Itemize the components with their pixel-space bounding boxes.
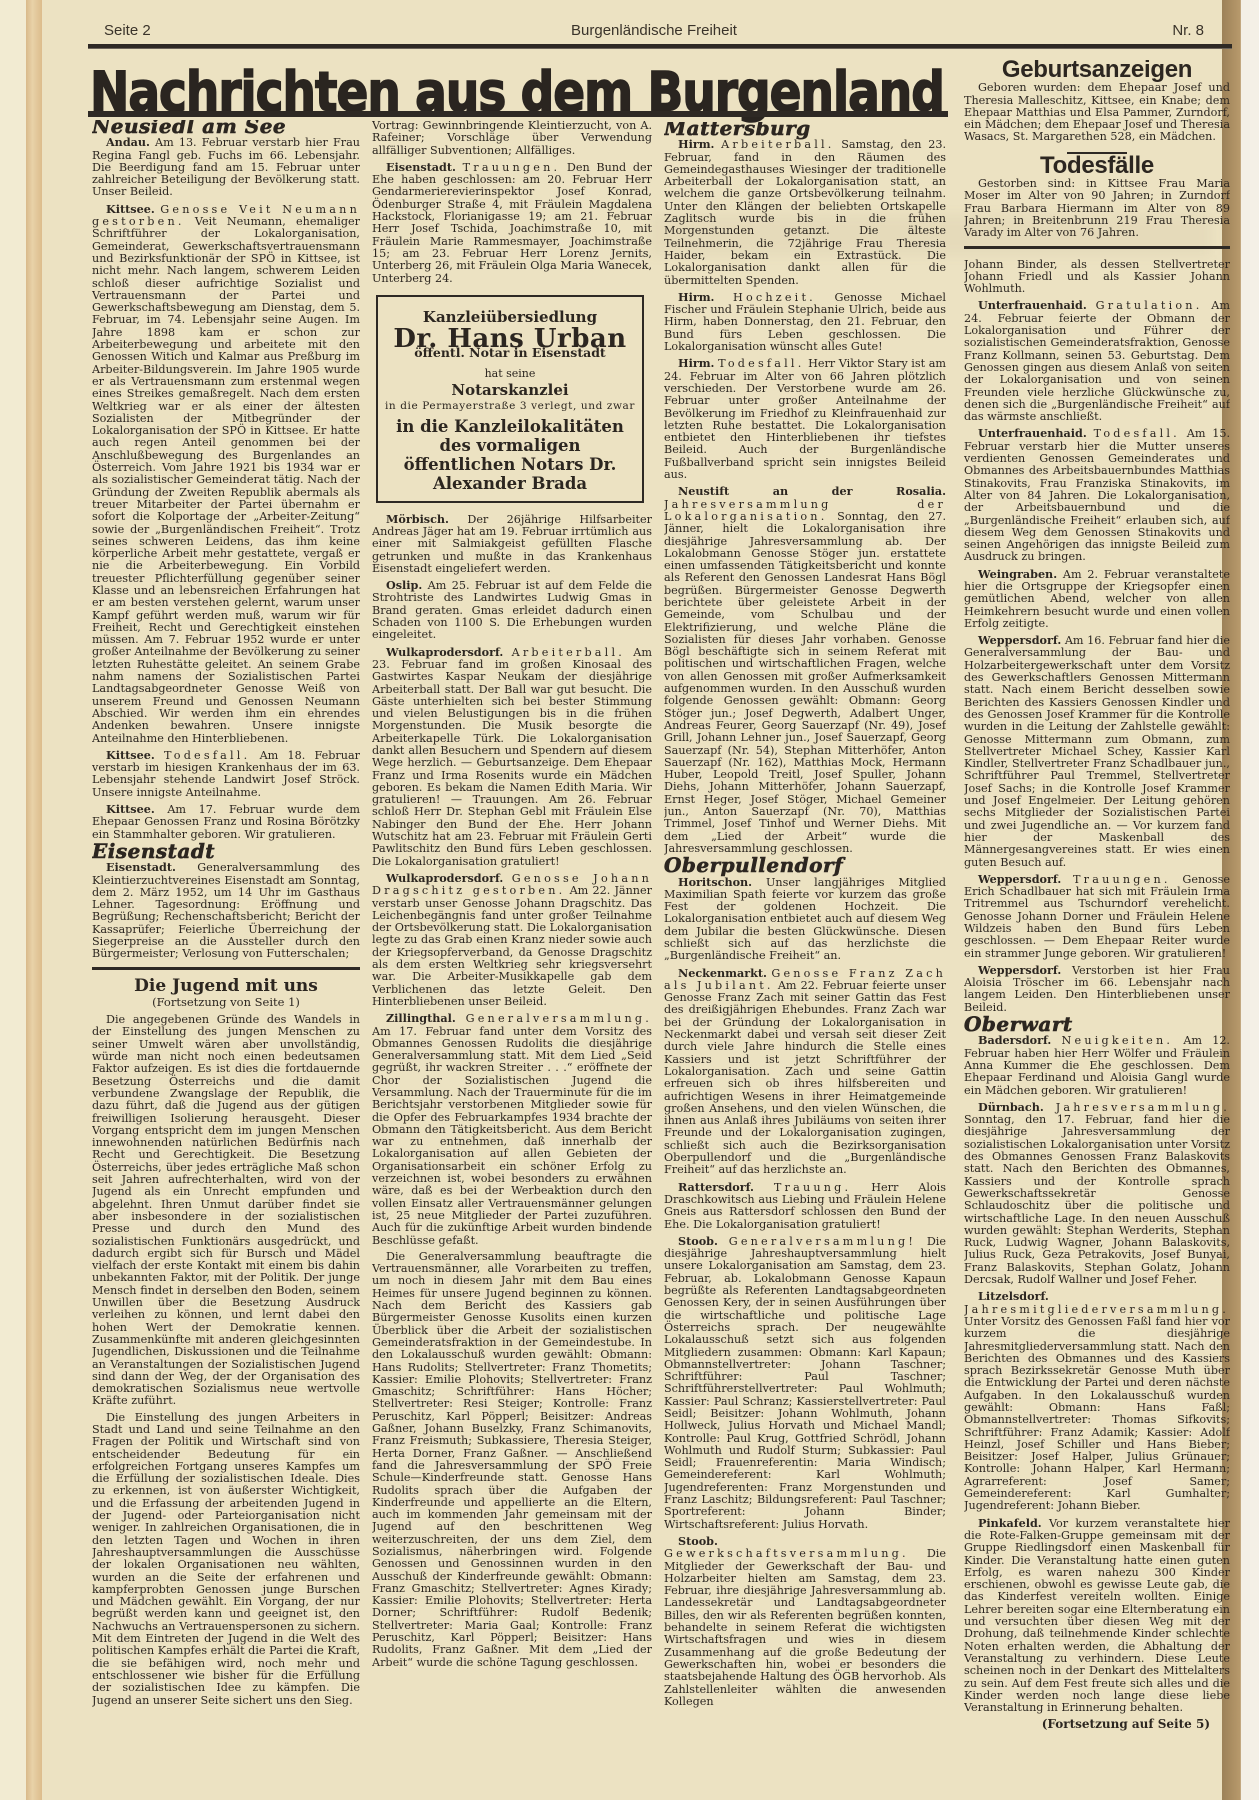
section-divider xyxy=(964,246,1230,249)
article-stoob-general: Stoob. Generalversammlung! Die diesjähri… xyxy=(664,1235,946,1531)
article-oslip: Oslip. Am 25. Februar ist auf dem Felde … xyxy=(372,579,652,641)
article-wulkaprodersdorf-ball: Wulkaprodersdorf. Arbeiterball. Am 23. F… xyxy=(372,646,652,868)
ad-address: in die Permayerstraße 3 verlegt, und zwa… xyxy=(384,400,636,412)
ad-text: hat seine xyxy=(384,368,636,380)
article-zillingtal-p2: Die Generalversammlung beauftragte die V… xyxy=(372,1251,652,1669)
article-rattersdorf: Rattersdorf. Trauung. Herr Alois Draschk… xyxy=(664,1181,946,1231)
scanner-background xyxy=(0,0,28,1800)
continued-note: (Fortsetzung auf Seite 5) xyxy=(964,1718,1230,1730)
article-zillingtal: Zillingthal. Generalversammlung. Am 17. … xyxy=(372,1012,652,1247)
article-weppersdorf-trauungen: Weppersdorf. Trauungen. Genosse Erich Sc… xyxy=(964,873,1230,960)
article-stoob-gewerkschaft: Stoob. Gewerkschaftsversammlung. Die Mit… xyxy=(664,1535,946,1708)
article-hirm-hochzeit: Hirm. Hochzeit. Genosse Michael Fischer … xyxy=(664,291,946,353)
column-4: Geburtsanzeigen Geboren wurden: dem Ehep… xyxy=(964,60,1230,1800)
article-neustift: Neustift an der Rosalia. Jahresversammlu… xyxy=(664,485,946,855)
page-header: Seite 2 Burgenländische Freiheit Nr. 8 xyxy=(104,22,1204,42)
article-weppersdorf-gewerkschaft: Weppersdorf. Am 16. Februar fand hier di… xyxy=(964,634,1230,869)
article-unterfrauenhaid-todesfall: Unterfrauenhaid. Todesfall. Am 15. Febru… xyxy=(964,427,1230,563)
article-stoob-cont: Johann Binder, als dessen Stellvertreter… xyxy=(964,259,1230,296)
deaths-heading: Todesfälle xyxy=(964,160,1230,172)
paper-fold-edge xyxy=(26,0,42,1800)
births-heading: Geburtsanzeigen xyxy=(964,64,1230,76)
article-wulkaprodersdorf-dragschitz: Wulkaprodersdorf. Genosse Johann Dragsch… xyxy=(372,872,652,1008)
region-heading-mattersburg: Mattersburg xyxy=(664,122,946,134)
header-rule xyxy=(88,44,1232,49)
newspaper-name: Burgenländische Freiheit xyxy=(104,22,1204,39)
notary-advertisement: Kanzleiübersiedlung Dr. Hans Urban öffen… xyxy=(376,295,644,503)
article-eisenstadt-trauungen: Eisenstadt. Trauungen. Den Bund der Ehe … xyxy=(372,161,652,285)
article-andau: Andau. Am 13. Februar verstarb hier Frau… xyxy=(92,136,360,198)
region-heading-oberpullendorf: Oberpullendorf xyxy=(664,859,946,871)
article-kittsee-geburt: Kittsee. Am 17. Februar wurde dem Ehepaa… xyxy=(92,803,360,841)
ad-title: öffentl. Notar in Eisenstadt xyxy=(384,347,636,359)
column-2: Vortrag: Gewinnbringende Kleintierzucht,… xyxy=(372,120,652,1800)
continuation-note: (Fortsetzung von Seite 1) xyxy=(92,996,360,1008)
article-badersdorf: Badersdorf. Neuigkeiten. Am 12. Februar … xyxy=(964,1034,1230,1096)
article-neckenmarkt: Neckenmarkt. Genosse Franz Zach als Jubi… xyxy=(664,967,946,1177)
ad-location: in die Kanzleilokalitäten des vormaligen… xyxy=(384,417,636,493)
article-weingraben: Weingraben. Am 2. Februar veranstaltete … xyxy=(964,568,1230,630)
region-heading-oberwart: Oberwart xyxy=(964,1018,1230,1030)
births-list: Geboren wurden: dem Ehepaar Josef und Th… xyxy=(964,82,1230,143)
ad-name: Dr. Hans Urban xyxy=(384,333,636,345)
article-title-jugend: Die Jugend mit uns xyxy=(92,980,360,992)
article-duernbach: Dürnbach. Jahresversammlung. Sonntag, de… xyxy=(964,1101,1230,1286)
ad-office: Notarskanzlei xyxy=(384,384,636,396)
column-1: Neusiedl am See Andau. Am 13. Februar ve… xyxy=(92,120,360,1800)
region-heading-neusiedl: Neusiedl am See xyxy=(92,120,360,132)
article-eisenstadt-kleintier: Eisenstadt. Generalversammlung des Klein… xyxy=(92,861,360,960)
article-weppersdorf-todesfall: Weppersdorf. Verstorben ist hier Frau Al… xyxy=(964,964,1230,1014)
deaths-list: Gestorben sind: in Kittsee Frau Maria Mo… xyxy=(964,178,1230,239)
article-unterfrauenhaid-gratulation: Unterfrauenhaid. Gratulation. Am 24. Feb… xyxy=(964,299,1230,423)
article-litzelsdorf: Litzelsdorf. Jahresmitgliederversammlung… xyxy=(964,1290,1230,1512)
article-hirm-ball: Hirm. Arbeiterball. Samstag, den 23. Feb… xyxy=(664,138,946,287)
article-kittsee-neumann: Kittsee. Genosse Veit Neumann gestorben.… xyxy=(92,203,360,745)
article-pinkafeld: Pinkafeld. Vor kurzem veranstaltete hier… xyxy=(964,1517,1230,1715)
column-3: Mattersburg Hirm. Arbeiterball. Samstag,… xyxy=(664,122,946,1800)
ad-heading: Kanzleiübersiedlung xyxy=(384,311,636,323)
article-kittsee-todesfall: Kittsee. Todesfall. Am 18. Februar verst… xyxy=(92,749,360,799)
region-heading-eisenstadt: Eisenstadt xyxy=(92,845,360,857)
issue-number: Nr. 8 xyxy=(1172,22,1204,39)
article-horitschon: Horitschon. Unser langjähriges Mitglied … xyxy=(664,876,946,963)
title-rule xyxy=(88,111,948,117)
section-divider xyxy=(92,967,360,970)
article-hirm-todesfall: Hirm. Todesfall. Herr Viktor Stary ist a… xyxy=(664,357,946,481)
article-jugend-p2: Die Einstellung des jungen Arbeiters in … xyxy=(92,1412,360,1707)
article-eisenstadt-cont: Vortrag: Gewinnbringende Kleintierzucht,… xyxy=(372,120,652,157)
article-jugend-p1: Die angegebenen Gründe des Wandels in de… xyxy=(92,1014,360,1408)
article-moerbisch: Mörbisch. Der 26jährige Hilfsarbeiter An… xyxy=(372,513,652,575)
